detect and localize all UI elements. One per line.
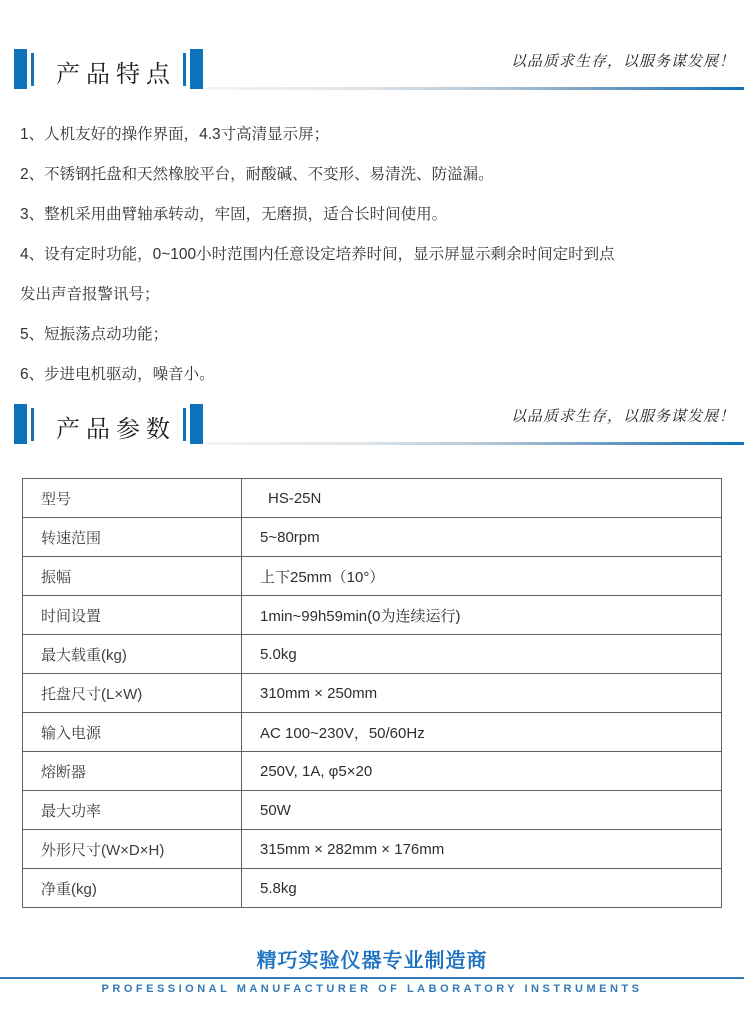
table-row: 输入电源 AC 100~230V，50/60Hz [23, 713, 722, 752]
spec-label: 振幅 [23, 557, 242, 596]
feature-item: 1、人机友好的操作界面，4.3寸高清显示屏； [20, 115, 728, 155]
footer-brand-english: PROFESSIONAL MANUFACTURER OF LABORATORY … [0, 983, 744, 995]
header-accent-bars-right [183, 48, 203, 90]
accent-bar-thick [190, 404, 203, 444]
feature-item: 5、短振荡点动功能； [20, 315, 728, 355]
header-accent-bars-right [183, 403, 203, 445]
table-row: 最大功率 50W [23, 791, 722, 830]
spec-label: 熔断器 [23, 752, 242, 791]
features-section-title: 产品特点 [56, 54, 176, 89]
feature-item: 6、步进电机驱动，噪音小。 [20, 355, 728, 395]
parameters-section-header: 产品参数 以品质求生存，以服务谋发展！ [0, 403, 744, 445]
company-slogan: 以品质求生存，以服务谋发展！ [511, 405, 735, 426]
spec-label: 最大载重(kg) [23, 635, 242, 674]
footer-brand-chinese: 精巧实验仪器专业制造商 [0, 944, 744, 973]
accent-bar-thin [31, 53, 34, 86]
accent-bar-thin [183, 408, 186, 441]
spec-label: 输入电源 [23, 713, 242, 752]
spec-value: 5~80rpm [242, 518, 722, 557]
spec-value: 5.0kg [242, 635, 722, 674]
accent-bar-thick [14, 404, 27, 444]
spec-label: 型号 [23, 479, 242, 518]
header-accent-bars-left [14, 403, 34, 445]
spec-value: 310mm × 250mm [242, 674, 722, 713]
table-row: 净重(kg) 5.8kg [23, 869, 722, 908]
spec-table: 型号 HS-25N 转速范围 5~80rpm 振幅 上下25mm（10°） 时间… [22, 478, 722, 908]
accent-bar-thick [14, 49, 27, 89]
table-row: 最大载重(kg) 5.0kg [23, 635, 722, 674]
table-row: 托盘尺寸(L×W) 310mm × 250mm [23, 674, 722, 713]
spec-value: 上下25mm（10°） [242, 557, 722, 596]
features-section-header: 产品特点 以品质求生存，以服务谋发展！ [0, 48, 744, 90]
feature-item: 2、不锈钢托盘和天然橡胶平台，耐酸碱、不变形、易清洗、防溢漏。 [20, 155, 728, 195]
table-row: 外形尺寸(W×D×H) 315mm × 282mm × 176mm [23, 830, 722, 869]
spec-value: 5.8kg [242, 869, 722, 908]
spec-value: HS-25N [242, 479, 722, 518]
company-slogan: 以品质求生存，以服务谋发展！ [511, 50, 735, 71]
features-list: 1、人机友好的操作界面，4.3寸高清显示屏； 2、不锈钢托盘和天然橡胶平台，耐酸… [20, 115, 728, 395]
spec-label: 净重(kg) [23, 869, 242, 908]
spec-label: 转速范围 [23, 518, 242, 557]
feature-item: 3、整机采用曲臂轴承转动，牢固，无磨损，适合长时间使用。 [20, 195, 728, 235]
product-detail-page: 产品特点 以品质求生存，以服务谋发展！ 1、人机友好的操作界面，4.3寸高清显示… [0, 0, 744, 1032]
spec-value: 250V, 1A, φ5×20 [242, 752, 722, 791]
spec-value: AC 100~230V，50/60Hz [242, 713, 722, 752]
accent-bar-thin [31, 408, 34, 441]
table-row: 振幅 上下25mm（10°） [23, 557, 722, 596]
table-row: 型号 HS-25N [23, 479, 722, 518]
feature-item-continuation: 发出声音报警讯号； [20, 275, 728, 315]
header-gradient-underline [206, 442, 744, 445]
accent-bar-thin [183, 53, 186, 86]
parameters-section-title: 产品参数 [56, 409, 176, 444]
spec-label: 时间设置 [23, 596, 242, 635]
table-row: 转速范围 5~80rpm [23, 518, 722, 557]
footer-divider [0, 977, 744, 979]
table-row: 熔断器 250V, 1A, φ5×20 [23, 752, 722, 791]
spec-value: 1min~99h59min(0为连续运行) [242, 596, 722, 635]
spec-label: 最大功率 [23, 791, 242, 830]
table-row: 时间设置 1min~99h59min(0为连续运行) [23, 596, 722, 635]
accent-bar-thick [190, 49, 203, 89]
header-gradient-underline [206, 87, 744, 90]
feature-item: 4、设有定时功能，0~100小时范围内任意设定培养时间，显示屏显示剩余时间定时到… [20, 235, 728, 275]
spec-value: 315mm × 282mm × 176mm [242, 830, 722, 869]
spec-value: 50W [242, 791, 722, 830]
header-accent-bars-left [14, 48, 34, 90]
spec-label: 托盘尺寸(L×W) [23, 674, 242, 713]
spec-label: 外形尺寸(W×D×H) [23, 830, 242, 869]
